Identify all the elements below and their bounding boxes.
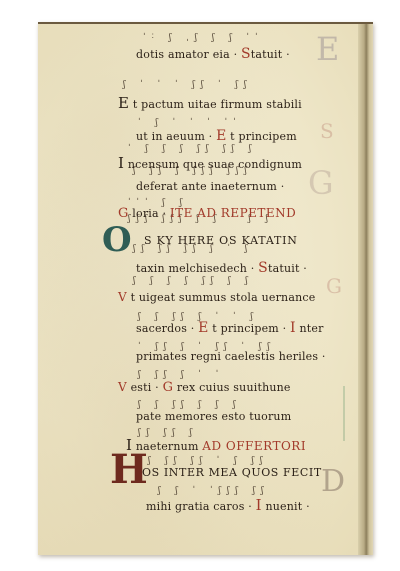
text-line-16: mihi gratia caros · I nuenit · — [146, 496, 310, 514]
show-through-letter-g2: G — [326, 274, 342, 298]
neumes-3: ˈ ʃ ˈ ˈ ˈ ˈˈ — [138, 118, 242, 128]
binding-gutter — [358, 24, 373, 555]
neumes-13: ʃ ʃ ʃʃ ʃ ʃ ʃ — [138, 400, 241, 410]
text: loria · — [129, 207, 170, 220]
text: tatuit · — [251, 48, 290, 61]
manuscript-page: E S G G D ˈ˸ ʃ ˌʃ ʃ ʃ ˈˈ ʃ ˈ ˈ ˈ ʃʃ ˈ ʃʃ… — [38, 22, 373, 555]
text-line-3: ut in aeuum · E t principem — [136, 128, 297, 144]
neumes-1: ˈ˸ ʃ ˌʃ ʃ ʃ ˈˈ — [143, 32, 263, 43]
text-line-14: I naeternum AD OFFERTORI — [126, 436, 306, 454]
rubric-heading: AD OFFERTORI — [202, 439, 306, 453]
text-line-5: deferat ante inaeternum · — [136, 180, 284, 193]
neumes-9: ʃ ʃ ʃ ʃ ʃʃ ʃ ʃ — [133, 276, 254, 286]
text: OS INTER MEA QUOS FECIT — [142, 466, 322, 479]
text: esti · — [127, 381, 163, 394]
text: S KY HERE OS KATATIN — [144, 234, 298, 247]
neumes-16: ʃ ʃ ˈ ˈʃʃʃ ʃʃ — [158, 486, 270, 496]
text-line-7: S KY HERE OS KATATIN — [144, 234, 298, 247]
rubric-initial: E — [216, 128, 226, 144]
neumes-15: ʃ ʃʃ ʃʃ ˈ ʃ ʃʃ — [148, 456, 268, 466]
text-line-12: V esti · G rex cuius suuithune — [118, 380, 291, 395]
text-line-9: V t uigeat summus stola uernance — [118, 290, 315, 304]
text-line-13: pate memores esto tuorum — [136, 410, 291, 423]
text-line-11: primates regni caelestis heriles · — [136, 350, 326, 363]
text: ut in aeuum · — [136, 130, 216, 143]
text: mihi gratia caros · — [146, 500, 256, 513]
rubric-initial: S — [258, 260, 268, 276]
text: primates regni caelestis heriles · — [136, 350, 326, 363]
text: nter — [296, 322, 324, 335]
neumes-12: ʃ ʃʃ ʃ ˈ ˈ — [138, 370, 224, 380]
text: rex cuius suuithune — [173, 381, 290, 394]
rubric-initial: V — [118, 290, 127, 304]
text: t principem · — [209, 322, 290, 335]
rubric-initial: V — [118, 380, 127, 394]
show-through-letter-g: G — [308, 164, 334, 202]
rubric-initial: G — [163, 380, 174, 395]
text: t pactum uitae firmum stabili — [129, 98, 302, 111]
text: nuenit · — [262, 500, 310, 513]
text: tatuit · — [268, 262, 307, 275]
text: taxin melchisedech · — [136, 262, 258, 275]
rubric-initial: G — [118, 206, 129, 221]
text: pate memores esto tuorum — [136, 410, 291, 423]
decorated-initial-o: O — [102, 220, 132, 260]
text-line-6: G loria · ITE AD REPETEND — [118, 206, 296, 221]
text-line-10: sacerdos · E t principem · I nter — [136, 320, 324, 336]
text: t uigeat summus stola uernance — [127, 291, 316, 304]
text: dotis amator eia · — [136, 48, 241, 61]
text-line-15: OS INTER MEA QUOS FECIT — [142, 466, 322, 479]
neumes-4: ˈ ʃ ʃ ʃ ʃʃ ʃʃ ʃ — [128, 144, 257, 154]
text-line-8: taxin melchisedech · Statuit · — [136, 260, 307, 276]
line-initial: E — [118, 94, 129, 112]
rubric-initial: E — [198, 320, 208, 336]
show-through-letter-d: D — [321, 464, 345, 499]
text-line-2: E t pactum uitae firmum stabili — [118, 94, 302, 112]
text: deferat ante inaeternum · — [136, 180, 284, 193]
text: t principem — [226, 130, 296, 143]
neumes-2: ʃ ˈ ˈ ˈ ʃʃ ˈ ʃʃ — [123, 80, 252, 90]
show-through-letter-e: E — [316, 30, 339, 68]
rubric-heading: ITE AD REPETEND — [170, 206, 296, 220]
show-through-letter-s: S — [320, 119, 334, 143]
text-line-4: I ncensum que suae condignum — [118, 154, 302, 172]
text-line-1: dotis amator eia · Statuit · — [136, 46, 290, 62]
rubric-initial: S — [241, 46, 251, 62]
text: sacerdos · — [136, 322, 198, 335]
text: ncensum que suae condignum — [124, 158, 302, 171]
show-through-stroke — [343, 386, 355, 441]
